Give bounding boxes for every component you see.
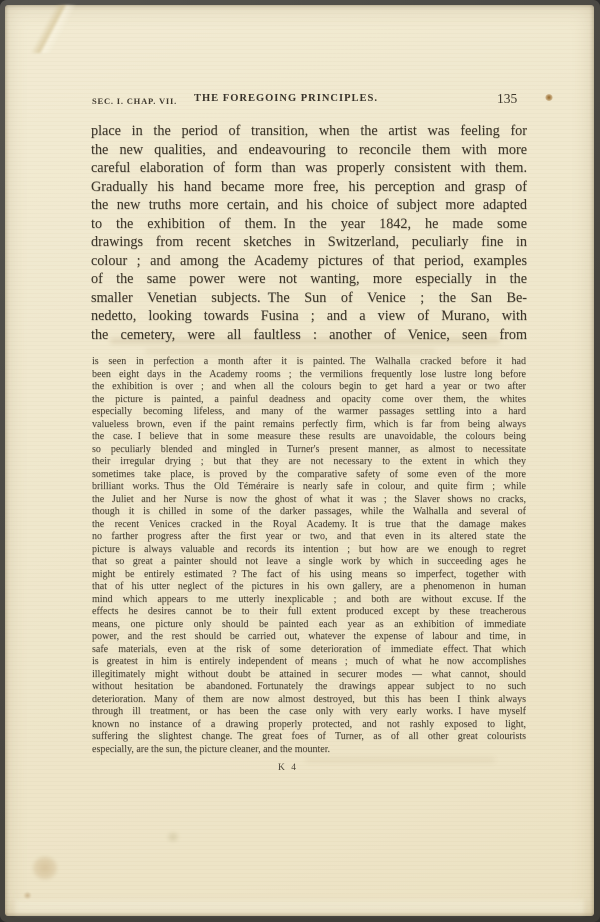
text-line: drawings from recent sketches in Switzer…	[91, 233, 527, 252]
text-line: suffering the slightest change. The grea…	[92, 731, 526, 744]
foxing-spot	[32, 856, 58, 880]
text-line: the Juliet and her Nurse is now the ghos…	[92, 494, 526, 507]
text-line: safe materials, even at the risk of some…	[92, 644, 526, 657]
text-line: effects he desires cannot be to their fu…	[92, 606, 526, 619]
text-line: though it is chilled in some of the dark…	[92, 506, 526, 519]
text-line: Gradually his hand became more free, his…	[91, 178, 527, 197]
text-line: nedetto, looking towards Fusina ; and a …	[91, 307, 527, 326]
text-line: the new qualities, and endeavouring to r…	[91, 141, 527, 160]
text-line: is greatest in him is entirely independe…	[92, 656, 526, 669]
text-line: that so great a painter should not leave…	[92, 556, 526, 569]
text-line: is seen in perfection a month after it i…	[92, 356, 526, 369]
page-edge-highlight	[15, 900, 584, 914]
text-line: known no instance of a drawing properly …	[92, 719, 526, 732]
text-line: brilliant works. Thus the Old Téméraire …	[92, 481, 526, 494]
crease-mark	[5, 5, 100, 53]
text-line: so peculiarly blended and mingled in Tur…	[92, 444, 526, 457]
text-line: of the same power were not wanting, more…	[91, 270, 527, 289]
text-line: deterioration. Many of them are now almo…	[92, 694, 526, 707]
foxing-spot	[545, 94, 553, 101]
page-number: 135	[497, 91, 517, 107]
text-line: the exhibition is over ; and when all th…	[92, 381, 526, 394]
foxing-spot	[165, 832, 181, 842]
text-line: no farther progress after the first year…	[92, 531, 526, 544]
body-text: place in the period of transition, when …	[91, 122, 527, 344]
text-line: the new truths more certain, and his cho…	[91, 196, 527, 215]
text-line: valueless brown, even if the paint remai…	[92, 419, 526, 432]
text-line: been eight days in the Academy rooms ; t…	[92, 369, 526, 382]
text-line: that of his utter neglect of the picture…	[92, 581, 526, 594]
bleedthrough-smudge	[305, 757, 495, 763]
text-line: might be entirely estimated ? The fact o…	[92, 569, 526, 582]
section-chapter-label: SEC. I. CHAP. VII.	[92, 96, 177, 106]
text-line: place in the period of transition, when …	[91, 122, 527, 141]
text-line: the recent Venices cracked in the Royal …	[92, 519, 526, 532]
text-line: especially, are the sun, the picture cle…	[92, 744, 526, 757]
text-line: through ill treatment, or has been the c…	[92, 706, 526, 719]
text-line: smaller Venetian subjects. The Sun of Ve…	[91, 289, 527, 308]
signature-mark: K 4	[278, 763, 298, 773]
text-line: the picture is painted, a painful deadne…	[92, 394, 526, 407]
text-line: especially becoming lifeless, and many o…	[92, 406, 526, 419]
text-line: colour ; and among the Academy pictures …	[91, 252, 527, 271]
text-line: means, one picture only should be painte…	[92, 619, 526, 632]
foxing-spot	[23, 892, 32, 899]
paper-sheet: SEC. I. CHAP. VII. THE FOREGOING PRINCIP…	[5, 5, 594, 916]
footnote-text: is seen in perfection a month after it i…	[92, 356, 526, 756]
text-line: the cemetery, were all faultless : anoth…	[91, 326, 527, 345]
text-line: without hesitation be abandoned. Fortuna…	[92, 681, 526, 694]
text-line: careful elaboration of form than was pro…	[91, 159, 527, 178]
text-line: the case. I believe that in some measure…	[92, 431, 526, 444]
running-title: THE FOREGOING PRINCIPLES.	[194, 93, 378, 104]
text-line: their irregular drying ; but that they a…	[92, 456, 526, 469]
book-page-scan: SEC. I. CHAP. VII. THE FOREGOING PRINCIP…	[0, 0, 600, 922]
text-line: picture is always valuable and records i…	[92, 544, 526, 557]
text-line: power, and the rest should be carried ou…	[92, 631, 526, 644]
text-line: illegitimately might without doubt be at…	[92, 669, 526, 682]
text-line: sometimes take place, is proved by the c…	[92, 469, 526, 482]
bleedthrough-smudge	[145, 349, 435, 354]
text-line: to the exhibition of them. In the year 1…	[91, 215, 527, 234]
text-line: mind which appears to me utterly inexpli…	[92, 594, 526, 607]
